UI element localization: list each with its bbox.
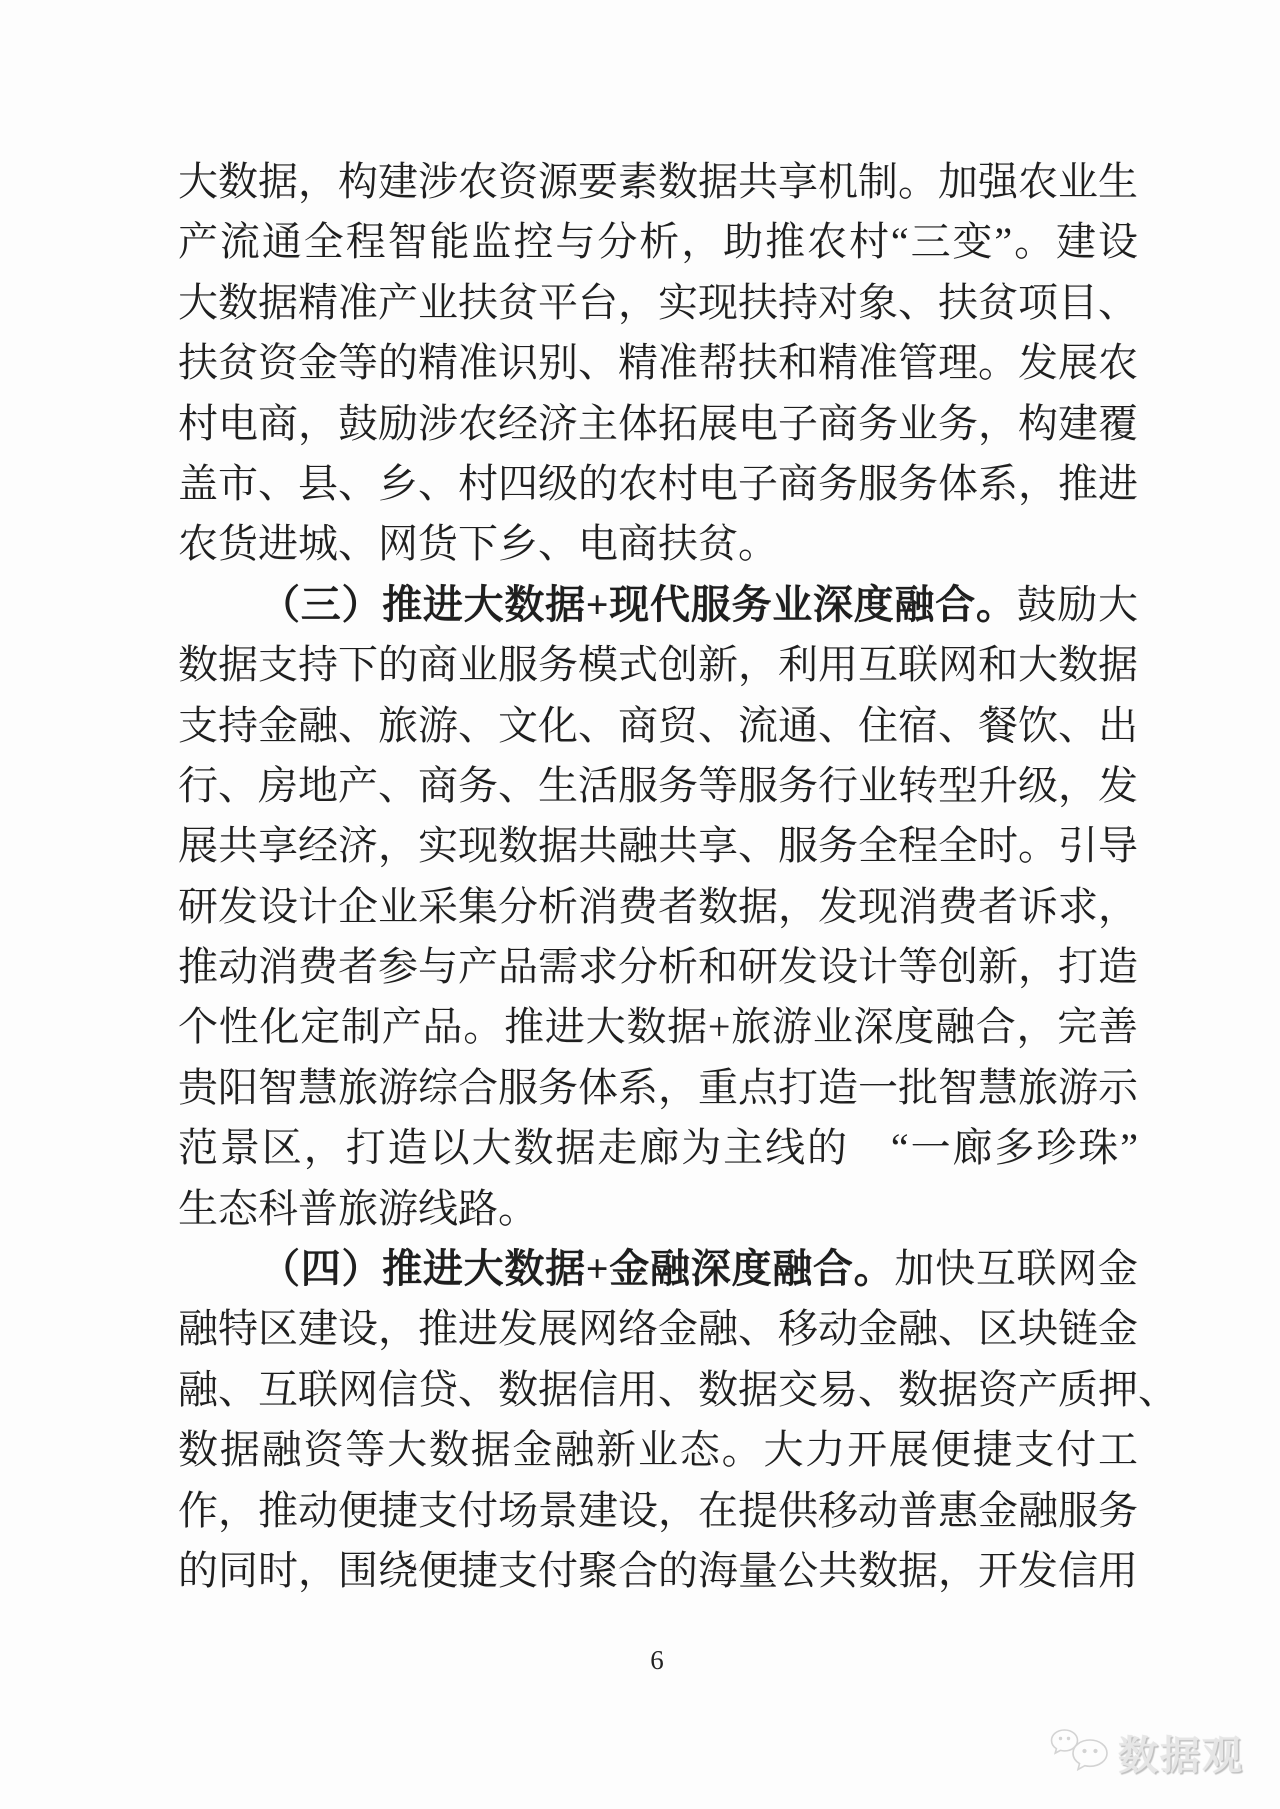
text-block: 大数据，构建涉农资源要素数据共享机制。加强农业生产流通全程智能监控与分析，助推农…: [178, 152, 1138, 1601]
text-line: 个性化定制产品。推进大数据+旅游业深度融合，完善: [178, 997, 1138, 1057]
text-line: 产流通全程智能监控与分析，助推农村“三变”。建设: [178, 212, 1138, 272]
heading-line: （三）推进大数据+现代服务业深度融合。鼓励大: [178, 575, 1138, 635]
text-line: 支持金融、旅游、文化、商贸、流通、住宿、餐饮、出: [178, 696, 1138, 756]
heading-bold-text: （四）推进大数据+金融深度融合。: [260, 1246, 894, 1291]
page-number: 6: [0, 1645, 1280, 1676]
text-line: 展共享经济，实现数据共融共享、服务全程全时。引导: [178, 816, 1138, 876]
text-line: 作，推动便捷支付场景建设，在提供移动普惠金融服务: [178, 1481, 1138, 1541]
chat-bubbles-icon: [1050, 1727, 1112, 1779]
text-line: 扶贫资金等的精准识别、精准帮扶和精准管理。发展农: [178, 333, 1138, 393]
text-line: 融、互联网信贷、数据信用、数据交易、数据资产质押、: [178, 1360, 1138, 1420]
watermark: 数据观: [1050, 1724, 1244, 1781]
text-line: 范景区，打造以大数据走廊为主线的 “一廊多珍珠”: [178, 1118, 1138, 1178]
text-line: 融特区建设，推进发展网络金融、移动金融、区块链金: [178, 1299, 1138, 1359]
watermark-label: 数据观: [1118, 1724, 1244, 1781]
text-line: 数据融资等大数据金融新业态。大力开展便捷支付工: [178, 1420, 1138, 1480]
text-line: 大数据精准产业扶贫平台，实现扶持对象、扶贫项目、: [178, 273, 1138, 333]
text-line: 农货进城、网货下乡、电商扶贫。: [178, 514, 1138, 574]
text-line: 研发设计企业采集分析消费者数据，发现消费者诉求，: [178, 877, 1138, 937]
text-line: 大数据，构建涉农资源要素数据共享机制。加强农业生: [178, 152, 1138, 212]
document-page: 大数据，构建涉农资源要素数据共享机制。加强农业生产流通全程智能监控与分析，助推农…: [0, 0, 1280, 1809]
text-line: 数据支持下的商业服务模式创新，利用互联网和大数据: [178, 635, 1138, 695]
text-line: 行、房地产、商务、生活服务等服务行业转型升级，发: [178, 756, 1138, 816]
text-line: 贵阳智慧旅游综合服务体系，重点打造一批智慧旅游示: [178, 1058, 1138, 1118]
heading-bold-text: （三）推进大数据+现代服务业深度融合。: [260, 582, 1017, 627]
text-line: 生态科普旅游线路。: [178, 1179, 1138, 1239]
text-line: 的同时，围绕便捷支付聚合的海量公共数据，开发信用: [178, 1541, 1138, 1601]
text-line: 推动消费者参与产品需求分析和研发设计等创新，打造: [178, 937, 1138, 997]
heading-line: （四）推进大数据+金融深度融合。加快互联网金: [178, 1239, 1138, 1299]
text-line: 村电商，鼓励涉农经济主体拓展电子商务业务，构建覆: [178, 394, 1138, 454]
text-line: 盖市、县、乡、村四级的农村电子商务服务体系，推进: [178, 454, 1138, 514]
